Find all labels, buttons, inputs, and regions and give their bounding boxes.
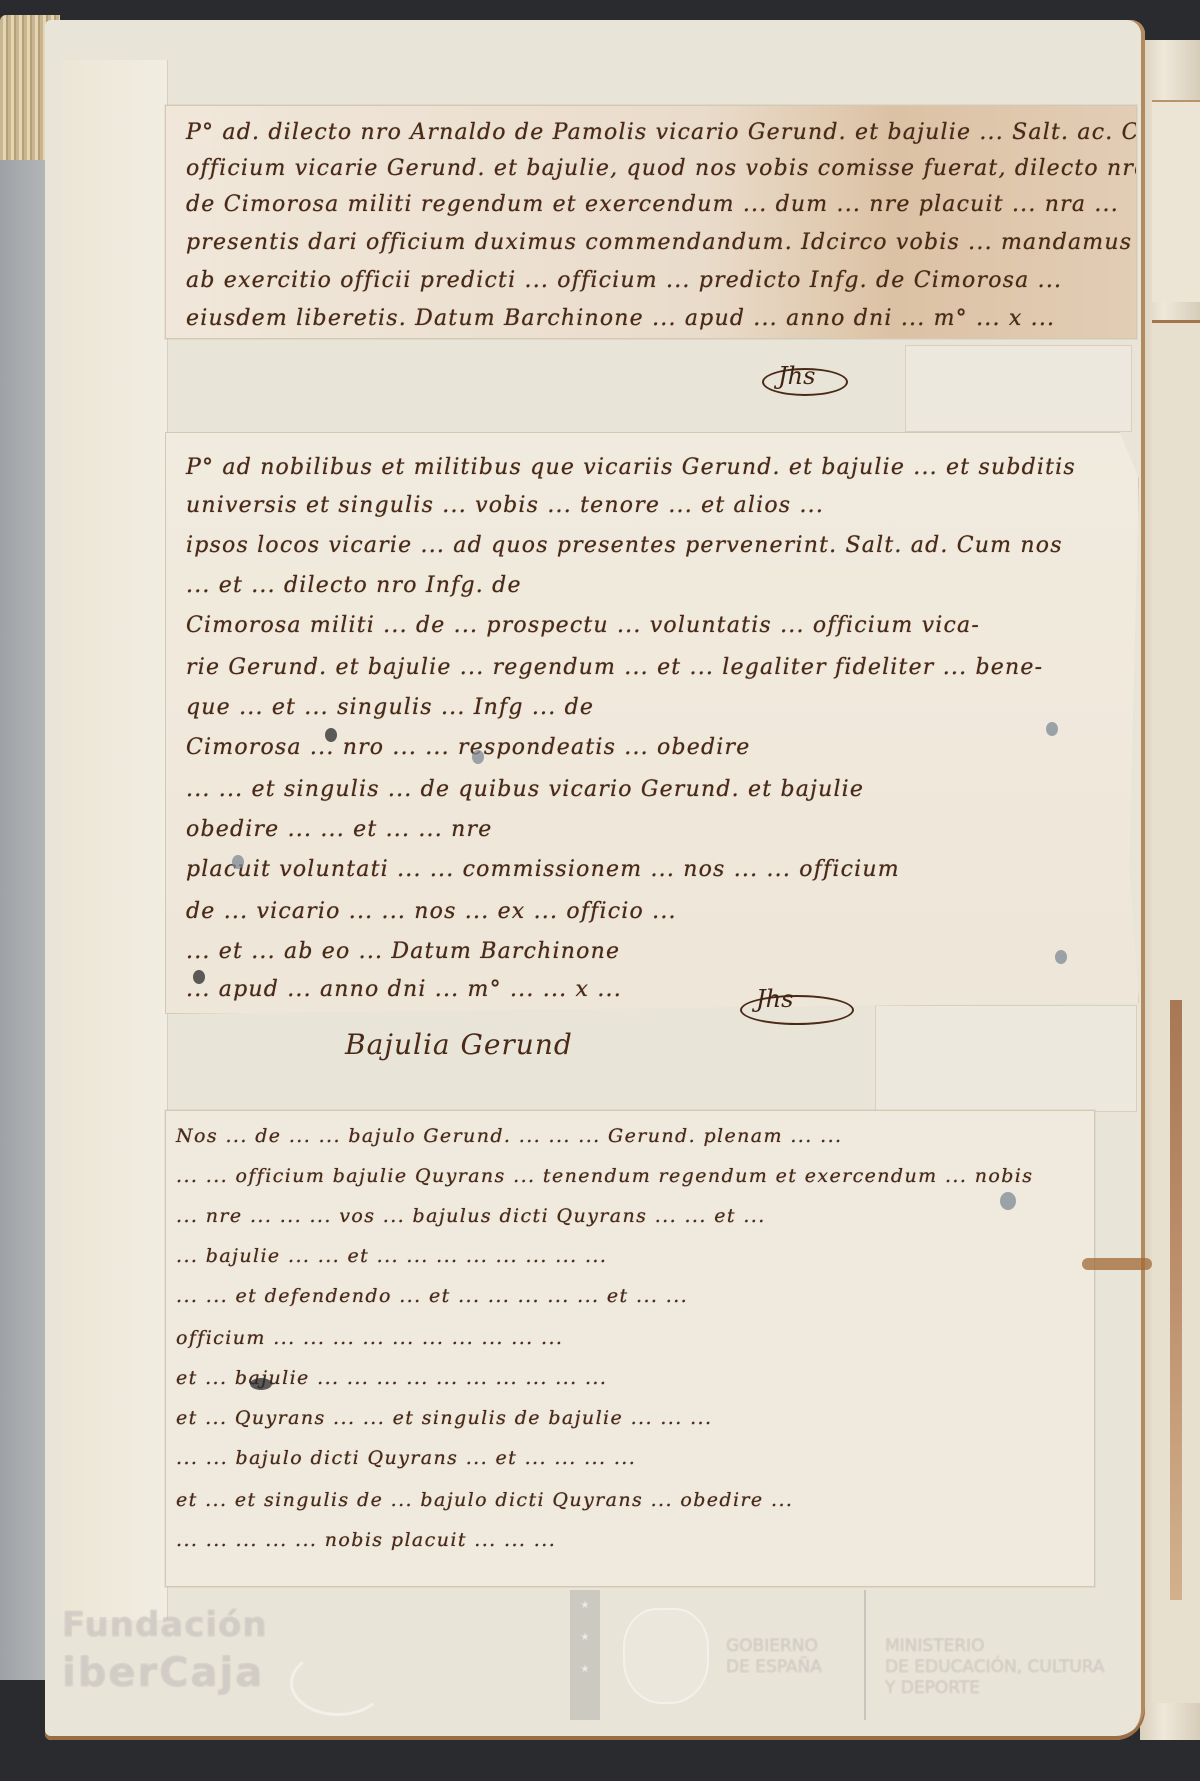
section-heading: Bajulia Gerund [345, 1028, 573, 1061]
script-line: placuit voluntati ... ... commissionem .… [166, 857, 1138, 882]
script-line: ... ... et defendendo ... et ... ... ...… [166, 1285, 1094, 1307]
script-line: et ... Quyrans ... ... et singulis de ba… [166, 1407, 1094, 1429]
script-line: Nos ... de ... ... bajulo Gerund. ... ..… [166, 1125, 1094, 1147]
ink-blot [193, 970, 205, 984]
script-line: P° ad nobilibus et militibus que vicarii… [166, 455, 1138, 480]
rust-stain [1170, 1000, 1182, 1600]
script-line: de ... vicario ... ... nos ... ex ... of… [166, 899, 1138, 924]
gobierno-line1: GOBIERNO [726, 1636, 822, 1657]
ministerio-line3: Y DEPORTE [885, 1678, 1105, 1699]
script-line: ipsos locos vicarie ... ad quos presente… [166, 533, 1138, 558]
spain-flag-bar-icon: ★★★ [570, 1590, 600, 1720]
signature-2: Jhs [756, 985, 793, 1013]
script-line: ... ... et singulis ... de quibus vicari… [166, 777, 1138, 802]
ibercaja-watermark-line1: Fundación [62, 1605, 268, 1645]
script-line: ... ... ... ... ... nobis placuit ... ..… [166, 1529, 1094, 1551]
ibercaja-swirl-icon [290, 1650, 386, 1716]
script-line: officium ... ... ... ... ... ... ... ...… [166, 1327, 1094, 1349]
ministerio-watermark: MINISTERIO DE EDUCACIÓN, CULTURA Y DEPOR… [885, 1636, 1105, 1699]
script-line: ... apud ... anno dni ... m° ... ... x .… [166, 977, 1138, 1002]
script-line: rie Gerund. et bajulie ... regendum ... … [166, 655, 1138, 680]
manuscript-fragment-1: P° ad. dilecto nro Arnaldo de Pamolis vi… [165, 105, 1137, 339]
watermark-divider [864, 1590, 866, 1720]
script-line: P° ad. dilecto nro Arnaldo de Pamolis vi… [166, 120, 1136, 145]
script-line: presentis dari officium duximus commenda… [166, 230, 1136, 255]
script-line: eiusdem liberetis. Datum Barchinone ... … [166, 306, 1136, 331]
manuscript-fragment-3: Nos ... de ... ... bajulo Gerund. ... ..… [165, 1110, 1095, 1587]
script-line: obedire ... ... et ... ... nre [166, 817, 1138, 842]
ibercaja-watermark-line2: iberCaja [62, 1650, 264, 1696]
wax-spot [472, 750, 484, 764]
paper-binding-strip [62, 60, 168, 1620]
script-line: ... et ... dilecto nro Infg. de [166, 573, 1138, 598]
ministerio-line1: MINISTERIO [885, 1636, 1105, 1657]
script-line: Cimorosa militi ... de ... prospectu ...… [166, 613, 1138, 638]
script-line: Cimorosa ... nro ... ... respondeatis ..… [166, 735, 1138, 760]
rust-smear [1082, 1258, 1152, 1270]
script-line: universis et singulis ... vobis ... teno… [166, 493, 1138, 518]
signature-1: Jhs [778, 362, 815, 390]
paper-patch [875, 1005, 1137, 1112]
wax-spot [1000, 1192, 1016, 1210]
script-line: ... ... bajulo dicti Quyrans ... et ... … [166, 1447, 1094, 1469]
manuscript-fragment-2: P° ad nobilibus et militibus que vicarii… [165, 432, 1139, 1014]
gobierno-watermark: GOBIERNO DE ESPAÑA [726, 1636, 822, 1678]
wax-spot [232, 855, 244, 869]
script-line: ab exercitio officii predicti ... offici… [166, 268, 1136, 293]
wax-spot [1046, 722, 1058, 736]
script-line: ... et ... ab eo ... Datum Barchinone [166, 939, 1138, 964]
paper-patch [905, 345, 1132, 432]
ministerio-line2: DE EDUCACIÓN, CULTURA [885, 1657, 1105, 1678]
script-line: et ... et singulis de ... bajulo dicti Q… [166, 1489, 1094, 1511]
ink-blot [325, 728, 337, 742]
gobierno-line2: DE ESPAÑA [726, 1657, 822, 1678]
page-tab [1152, 100, 1200, 302]
script-line: de Cimorosa militi regendum et exercendu… [166, 192, 1136, 217]
wax-spot [1055, 950, 1067, 964]
script-line: ... ... officium bajulie Quyrans ... ten… [166, 1165, 1094, 1187]
ink-blot [250, 1378, 272, 1390]
script-line: ... bajulie ... ... et ... ... ... ... .… [166, 1245, 1094, 1267]
spain-coat-of-arms-icon [623, 1608, 709, 1704]
script-line: que ... et ... singulis ... Infg ... de [166, 695, 1138, 720]
script-line: officium vicarie Gerund. et bajulie, quo… [166, 156, 1136, 181]
script-line: ... nre ... ... ... vos ... bajulus dict… [166, 1205, 1094, 1227]
script-line: et ... bajulie ... ... ... ... ... ... .… [166, 1367, 1094, 1389]
